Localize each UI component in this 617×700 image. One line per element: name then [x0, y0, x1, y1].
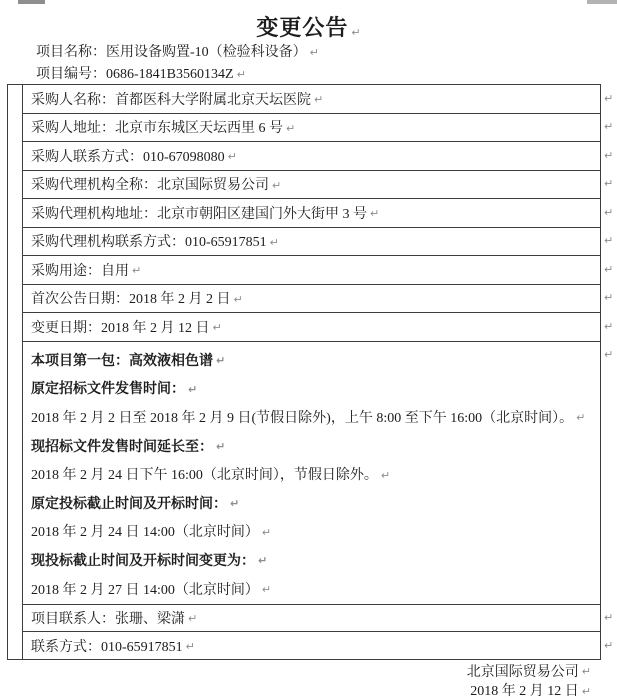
paragraph-mark-icon: ↵ — [216, 354, 225, 367]
paragraph-mark-icon: ↵ — [272, 179, 281, 192]
page-edge-mark-left — [18, 0, 45, 4]
table-row-purchaser-address: 采购人地址：北京市东城区天坛西里 6 号↵ — [23, 114, 600, 143]
paragraph-mark-icon: ↵ — [370, 207, 379, 220]
paragraph-text: 现投标截止时间及开标时间变更为： — [31, 550, 255, 570]
paragraph-mark-icon: ↵ — [582, 685, 591, 698]
paragraph-text: 2018 年 2 月 2 日至 2018 年 2 月 9 日(节假日除外)，上午… — [31, 407, 573, 427]
paragraph-mark-icon: ↵ — [310, 46, 319, 59]
paragraph-text: 原定招标文件发售时间： — [31, 378, 185, 398]
notice-table: 采购人名称：首都医科大学附属北京天坛医院↵ 采购人地址：北京市东城区天坛西里 6… — [7, 84, 601, 660]
change-paragraph: 原定招标文件发售时间：↵ — [23, 374, 600, 403]
cell-text: 变更日期：2018 年 2 月 12 日 — [31, 317, 210, 337]
table-row-purchaser-name: 采购人名称：首都医科大学附属北京天坛医院↵ — [23, 85, 600, 114]
row-end-mark-icon: ↵ — [604, 234, 616, 247]
paragraph-mark-icon: ↵ — [186, 640, 195, 653]
cell-text: 采购代理机构联系方式：010-65917851 — [31, 231, 267, 251]
paragraph-text: 2018 年 2 月 27 日 14:00（北京时间） — [31, 579, 259, 599]
paragraph-mark-icon: ↵ — [237, 68, 246, 81]
document-page: 变更公告↵ 项目名称：医用设备购置-10（检验科设备）↵ 项目编号：0686-1… — [0, 0, 617, 700]
cell-text: 采购用途：自用 — [31, 260, 129, 280]
paragraph-mark-icon: ↵ — [576, 411, 585, 424]
project-name-text: 项目名称：医用设备购置-10（检验科设备） — [36, 41, 307, 61]
change-paragraph: 现投标截止时间及开标时间变更为：↵ — [23, 546, 600, 575]
paragraph-text: 本项目第一包：高效液相色谱 — [31, 350, 213, 370]
cell-text: 采购代理机构地址：北京市朝阳区建国门外大街甲 3 号 — [31, 203, 367, 223]
project-number-text: 项目编号：0686-1841B3560134Z — [36, 63, 234, 83]
paragraph-mark-icon: ↵ — [286, 122, 295, 135]
row-end-mark-icon: ↵ — [604, 92, 616, 105]
paragraph-text: 原定投标截止时间及开标时间： — [31, 493, 227, 513]
cell-text: 采购人地址：北京市东城区天坛西里 6 号 — [31, 117, 283, 137]
paragraph-mark-icon: ↵ — [262, 526, 271, 539]
project-name-line: 项目名称：医用设备购置-10（检验科设备）↵ — [36, 40, 319, 62]
table-row-contact-phone: 联系方式：010-65917851↵ — [23, 632, 600, 659]
page-edge-mark-right — [587, 0, 617, 4]
table-rows: 采购人名称：首都医科大学附属北京天坛医院↵ 采购人地址：北京市东城区天坛西里 6… — [23, 85, 600, 659]
paragraph-mark-icon: ↵ — [258, 554, 267, 567]
change-paragraph: 2018 年 2 月 24 日 14:00（北京时间）↵ — [23, 517, 600, 546]
paragraph-mark-icon: ↵ — [234, 293, 243, 306]
cell-text: 采购人名称：首都医科大学附属北京天坛医院 — [31, 89, 311, 109]
change-paragraph: 2018 年 2 月 27 日 14:00（北京时间）↵ — [23, 574, 600, 603]
change-details-cell: 本项目第一包：高效液相色谱↵ 原定招标文件发售时间：↵ 2018 年 2 月 2… — [23, 342, 600, 605]
row-end-mark-icon: ↵ — [604, 291, 616, 304]
paragraph-mark-icon: ↵ — [351, 26, 360, 39]
row-end-mark-icon: ↵ — [604, 206, 616, 219]
page-title: 变更公告 — [256, 15, 348, 40]
footer-company-text: 北京国际贸易公司 — [467, 661, 579, 681]
change-paragraph: 2018 年 2 月 2 日至 2018 年 2 月 9 日(节假日除外)，上午… — [23, 403, 600, 432]
row-end-mark-icon: ↵ — [604, 611, 616, 624]
table-row-agency-address: 采购代理机构地址：北京市朝阳区建国门外大街甲 3 号↵ — [23, 199, 600, 228]
row-end-mark-icon: ↵ — [604, 263, 616, 276]
footer-signature: 北京国际贸易公司↵ 2018 年 2 月 12 日↵ — [467, 661, 591, 700]
change-paragraph: 原定投标截止时间及开标时间：↵ — [23, 488, 600, 517]
cell-text: 联系方式：010-65917851 — [31, 636, 183, 656]
paragraph-mark-icon: ↵ — [188, 612, 197, 625]
footer-date-line: 2018 年 2 月 12 日↵ — [467, 681, 591, 700]
change-paragraph: 现招标文件发售时间延长至：↵ — [23, 431, 600, 460]
cell-text: 首次公告日期：2018 年 2 月 2 日 — [31, 288, 231, 308]
project-number-line: 项目编号：0686-1841B3560134Z↵ — [36, 62, 246, 84]
paragraph-mark-icon: ↵ — [314, 93, 323, 106]
row-end-mark-icon: ↵ — [604, 348, 616, 361]
paragraph-text: 2018 年 2 月 24 日 14:00（北京时间） — [31, 521, 259, 541]
paragraph-text: 2018 年 2 月 24 日下午 16:00（北京时间），节假日除外。 — [31, 464, 378, 484]
paragraph-mark-icon: ↵ — [381, 469, 390, 482]
table-row-first-announce-date: 首次公告日期：2018 年 2 月 2 日↵ — [23, 285, 600, 314]
cell-text: 项目联系人：张珊、梁潇 — [31, 608, 185, 628]
footer-company-line: 北京国际贸易公司↵ — [467, 661, 591, 681]
paragraph-mark-icon: ↵ — [188, 383, 197, 396]
document-title-line: 变更公告↵ — [0, 11, 617, 42]
table-row-agency-name: 采购代理机构全称：北京国际贸易公司↵ — [23, 171, 600, 200]
row-end-mark-icon: ↵ — [604, 177, 616, 190]
row-end-mark-icon: ↵ — [604, 320, 616, 333]
cell-text: 采购人联系方式：010-67098080 — [31, 146, 225, 166]
table-row-change-date: 变更日期：2018 年 2 月 12 日↵ — [23, 313, 600, 342]
paragraph-mark-icon: ↵ — [228, 150, 237, 163]
table-row-purchaser-contact: 采购人联系方式：010-67098080↵ — [23, 142, 600, 171]
paragraph-mark-icon: ↵ — [270, 236, 279, 249]
footer-date-text: 2018 年 2 月 12 日 — [470, 680, 579, 700]
row-end-mark-icon: ↵ — [604, 149, 616, 162]
change-paragraph: 本项目第一包：高效液相色谱↵ — [23, 346, 600, 375]
paragraph-text: 现招标文件发售时间延长至： — [31, 436, 213, 456]
paragraph-mark-icon: ↵ — [132, 264, 141, 277]
table-row-purchase-purpose: 采购用途：自用↵ — [23, 256, 600, 285]
row-end-mark-icon: ↵ — [604, 639, 616, 652]
paragraph-mark-icon: ↵ — [582, 665, 591, 678]
paragraph-mark-icon: ↵ — [213, 321, 222, 334]
table-inner-border — [22, 85, 23, 659]
change-paragraph: 2018 年 2 月 24 日下午 16:00（北京时间），节假日除外。↵ — [23, 460, 600, 489]
row-end-mark-icon: ↵ — [604, 120, 616, 133]
paragraph-mark-icon: ↵ — [230, 497, 239, 510]
paragraph-mark-icon: ↵ — [262, 583, 271, 596]
table-row-project-contact: 项目联系人：张珊、梁潇↵ — [23, 605, 600, 633]
paragraph-mark-icon: ↵ — [216, 440, 225, 453]
table-row-agency-contact: 采购代理机构联系方式：010-65917851↵ — [23, 228, 600, 257]
cell-text: 采购代理机构全称：北京国际贸易公司 — [31, 174, 269, 194]
